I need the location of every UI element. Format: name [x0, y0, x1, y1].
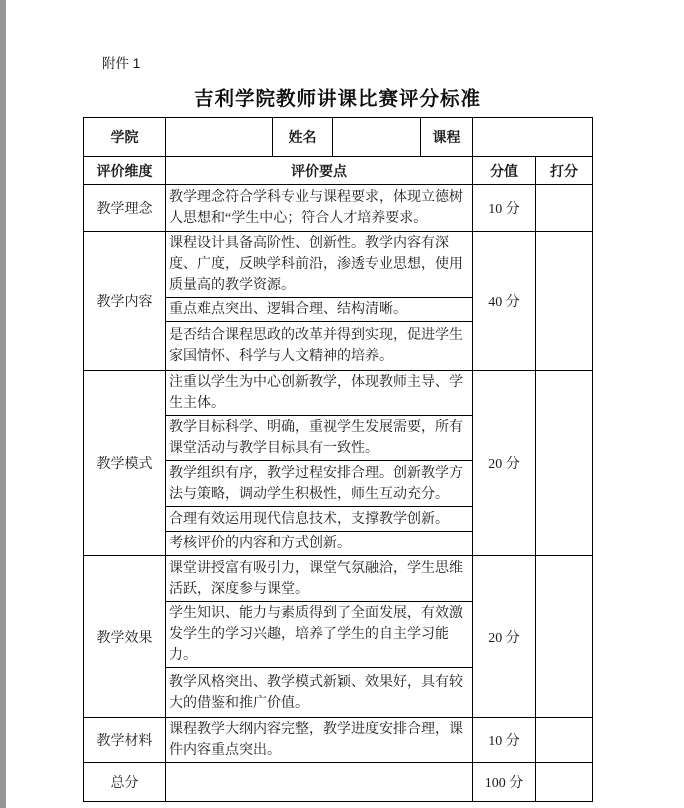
- total-score-value: 100 分: [473, 763, 536, 802]
- dimension-label: 教学模式: [84, 371, 166, 556]
- college-input-cell[interactable]: [166, 118, 273, 157]
- section-row: 教学内容 课程设计具备高阶性、创新性。教学内容有深度、广度，反映学科前沿，渗透专…: [84, 232, 593, 298]
- column-header-row: 评价维度 评价要点 分值 打分: [84, 157, 593, 185]
- section-row: 教学模式 注重以学生为中心创新教学，体现教师主导、学生主体。 20 分: [84, 371, 593, 416]
- criteria-point: 教学风格突出、教学模式新颖、效果好，具有较大的借鉴和推广价值。: [166, 668, 473, 718]
- name-input-cell[interactable]: [333, 118, 421, 157]
- score-value: 20 分: [473, 371, 536, 556]
- course-label: 课程: [421, 118, 473, 157]
- grade-input-cell[interactable]: [536, 185, 593, 232]
- dimension-label: 教学效果: [84, 556, 166, 718]
- grade-input-cell[interactable]: [536, 556, 593, 718]
- total-row: 总分 100 分: [84, 763, 593, 802]
- criteria-point: 课堂讲授富有吸引力，课堂气氛融洽，学生思维活跃，深度参与课堂。: [166, 556, 473, 602]
- column-header-score: 分值: [473, 157, 536, 185]
- criteria-point: 是否结合课程思政的改革并得到实现，促进学生家国情怀、科学与人文精神的培养。: [166, 322, 473, 371]
- criteria-point: 考核评价的内容和方式创新。: [166, 532, 473, 556]
- criteria-point: 课程设计具备高阶性、创新性。教学内容有深度、广度，反映学科前沿，渗透专业思想，使…: [166, 232, 473, 298]
- criteria-point: 注重以学生为中心创新教学，体现教师主导、学生主体。: [166, 371, 473, 416]
- attachment-label: 附件 1: [102, 52, 140, 72]
- score-value: 40 分: [473, 232, 536, 371]
- grade-input-cell[interactable]: [536, 232, 593, 371]
- dimension-label: 教学材料: [84, 718, 166, 763]
- total-grade-cell[interactable]: [536, 763, 593, 802]
- grade-input-cell[interactable]: [536, 718, 593, 763]
- score-value: 20 分: [473, 556, 536, 718]
- grade-input-cell[interactable]: [536, 371, 593, 556]
- score-value: 10 分: [473, 718, 536, 763]
- document-page: { "page": { "attachment_label": "附件 1", …: [0, 0, 684, 808]
- criteria-point: 课程教学大纲内容完整，教学进度安排合理，课件内容重点突出。: [166, 718, 473, 763]
- page-title: 吉利学院教师讲课比赛评分标准: [83, 83, 592, 111]
- info-row: 学院 姓名 课程: [84, 118, 593, 157]
- total-label: 总分: [84, 763, 166, 802]
- criteria-point: 合理有效运用现代信息技术，支撑教学创新。: [166, 507, 473, 532]
- column-header-grade: 打分: [536, 157, 593, 185]
- column-header-points: 评价要点: [166, 157, 473, 185]
- criteria-point: 学生知识、能力与素质得到了全面发展，有效激发学生的学习兴趣，培养了学生的自主学习…: [166, 602, 473, 668]
- criteria-point: 教学理念符合学科专业与课程要求，体现立德树人思想和“学生中心；符合人才培养要求。: [166, 185, 473, 232]
- column-header-dimension: 评价维度: [84, 157, 166, 185]
- page-edge-strip: [0, 0, 6, 808]
- course-input-cell[interactable]: [473, 118, 593, 157]
- dimension-label: 教学内容: [84, 232, 166, 371]
- scoring-table: 学院 姓名 课程 评价维度 评价要点 分值 打分 教学理念 教学理念符合学科专业…: [83, 117, 593, 802]
- dimension-label: 教学理念: [84, 185, 166, 232]
- score-value: 10 分: [473, 185, 536, 232]
- section-row: 教学理念 教学理念符合学科专业与课程要求，体现立德树人思想和“学生中心；符合人才…: [84, 185, 593, 232]
- criteria-point: 重点难点突出、逻辑合理、结构清晰。: [166, 298, 473, 322]
- section-row: 教学效果 课堂讲授富有吸引力，课堂气氛融洽，学生思维活跃，深度参与课堂。 20 …: [84, 556, 593, 602]
- criteria-point: 教学目标科学、明确，重视学生发展需要，所有课堂活动与教学目标具有一致性。: [166, 416, 473, 461]
- criteria-point: 教学组织有序，教学过程安排合理。创新教学方法与策略，调动学生积极性，师生互动充分…: [166, 461, 473, 507]
- college-label: 学院: [84, 118, 166, 157]
- name-label: 姓名: [273, 118, 333, 157]
- total-points-cell[interactable]: [166, 763, 473, 802]
- section-row: 教学材料 课程教学大纲内容完整，教学进度安排合理，课件内容重点突出。 10 分: [84, 718, 593, 763]
